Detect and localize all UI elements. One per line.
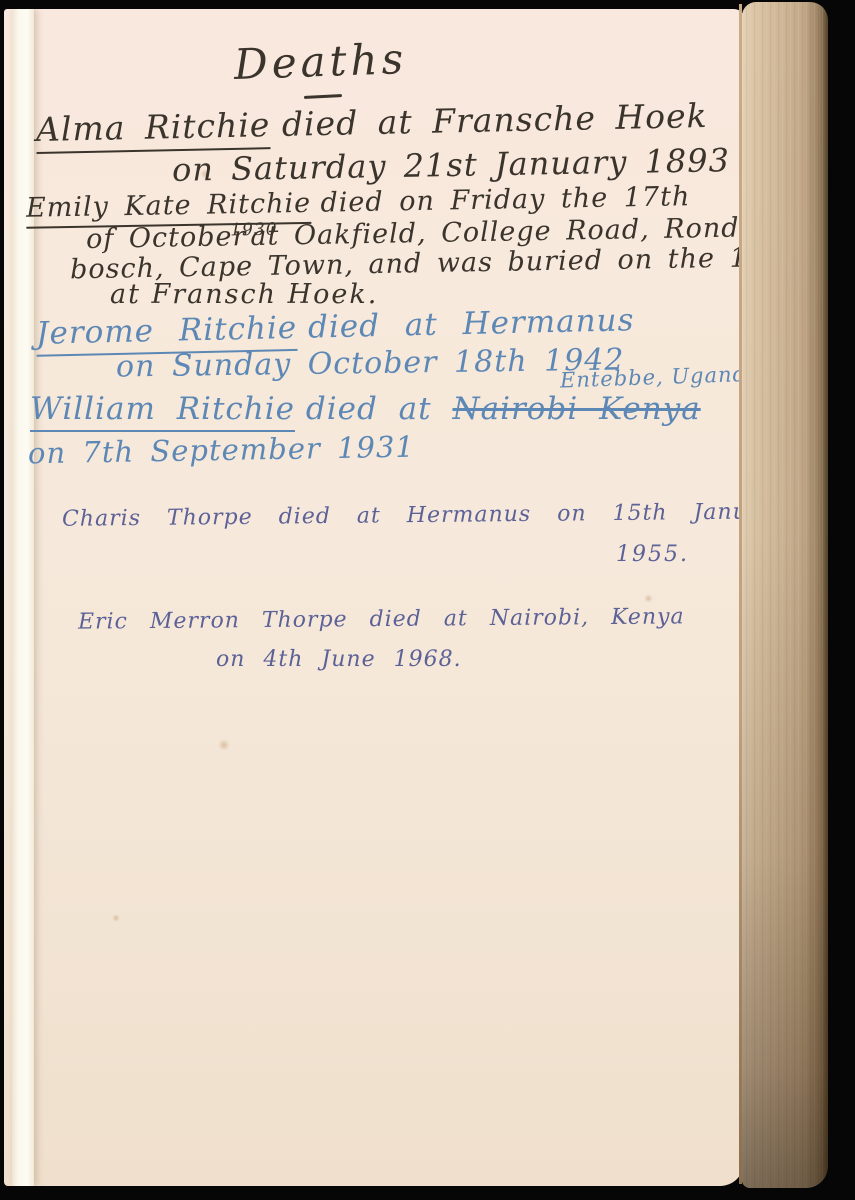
entry-text: died on Friday the 17th <box>320 181 690 218</box>
gutter-page-edge <box>12 9 34 1186</box>
entry-line: on Sunday October 18th 1942 <box>116 343 625 383</box>
page-title: Deaths <box>233 36 408 88</box>
deceased-name: Alma Ritchie <box>36 105 271 154</box>
foxing-spot <box>644 594 653 603</box>
scanned-book-photo: Deaths Alma Ritchiedied at Fransche Hoek… <box>0 0 855 1200</box>
entry-line: on 7th September 1931 <box>28 432 415 471</box>
title-underline <box>304 94 342 99</box>
entry-text: of October <box>86 221 247 255</box>
correction-location: Entebbe, Uganda <box>560 363 744 393</box>
foxing-spot <box>112 914 120 922</box>
entry-line: William Ritchiedied at Nairobi Kenya <box>30 392 701 426</box>
entry-line: Eric Merron Thorpe died at Nairobi, Keny… <box>78 605 685 634</box>
book-fore-edge-pages <box>742 2 828 1188</box>
fore-edge-shading <box>742 2 828 1188</box>
entry-text: died at Fransche Hoek <box>281 96 707 144</box>
entry-text: died at Hermanus <box>308 302 635 345</box>
entry-line: Alma Ritchiedied at Fransche Hoek <box>36 98 708 148</box>
struck-location: Nairobi Kenya <box>452 391 700 427</box>
entry-line: at Fransch Hoek. <box>110 280 378 310</box>
foxing-spot <box>218 739 230 751</box>
entry-line: 1955. <box>616 543 689 567</box>
entry-line: Charis Thorpe died at Hermanus on 15th J… <box>62 500 744 532</box>
book-page: Deaths Alma Ritchiedied at Fransche Hoek… <box>4 9 744 1186</box>
entry-text: died at <box>306 391 432 427</box>
inserted-year: 1930 <box>230 221 278 241</box>
deceased-name: William Ritchie <box>30 391 295 432</box>
entry-line: on 4th June 1968. <box>216 648 462 672</box>
